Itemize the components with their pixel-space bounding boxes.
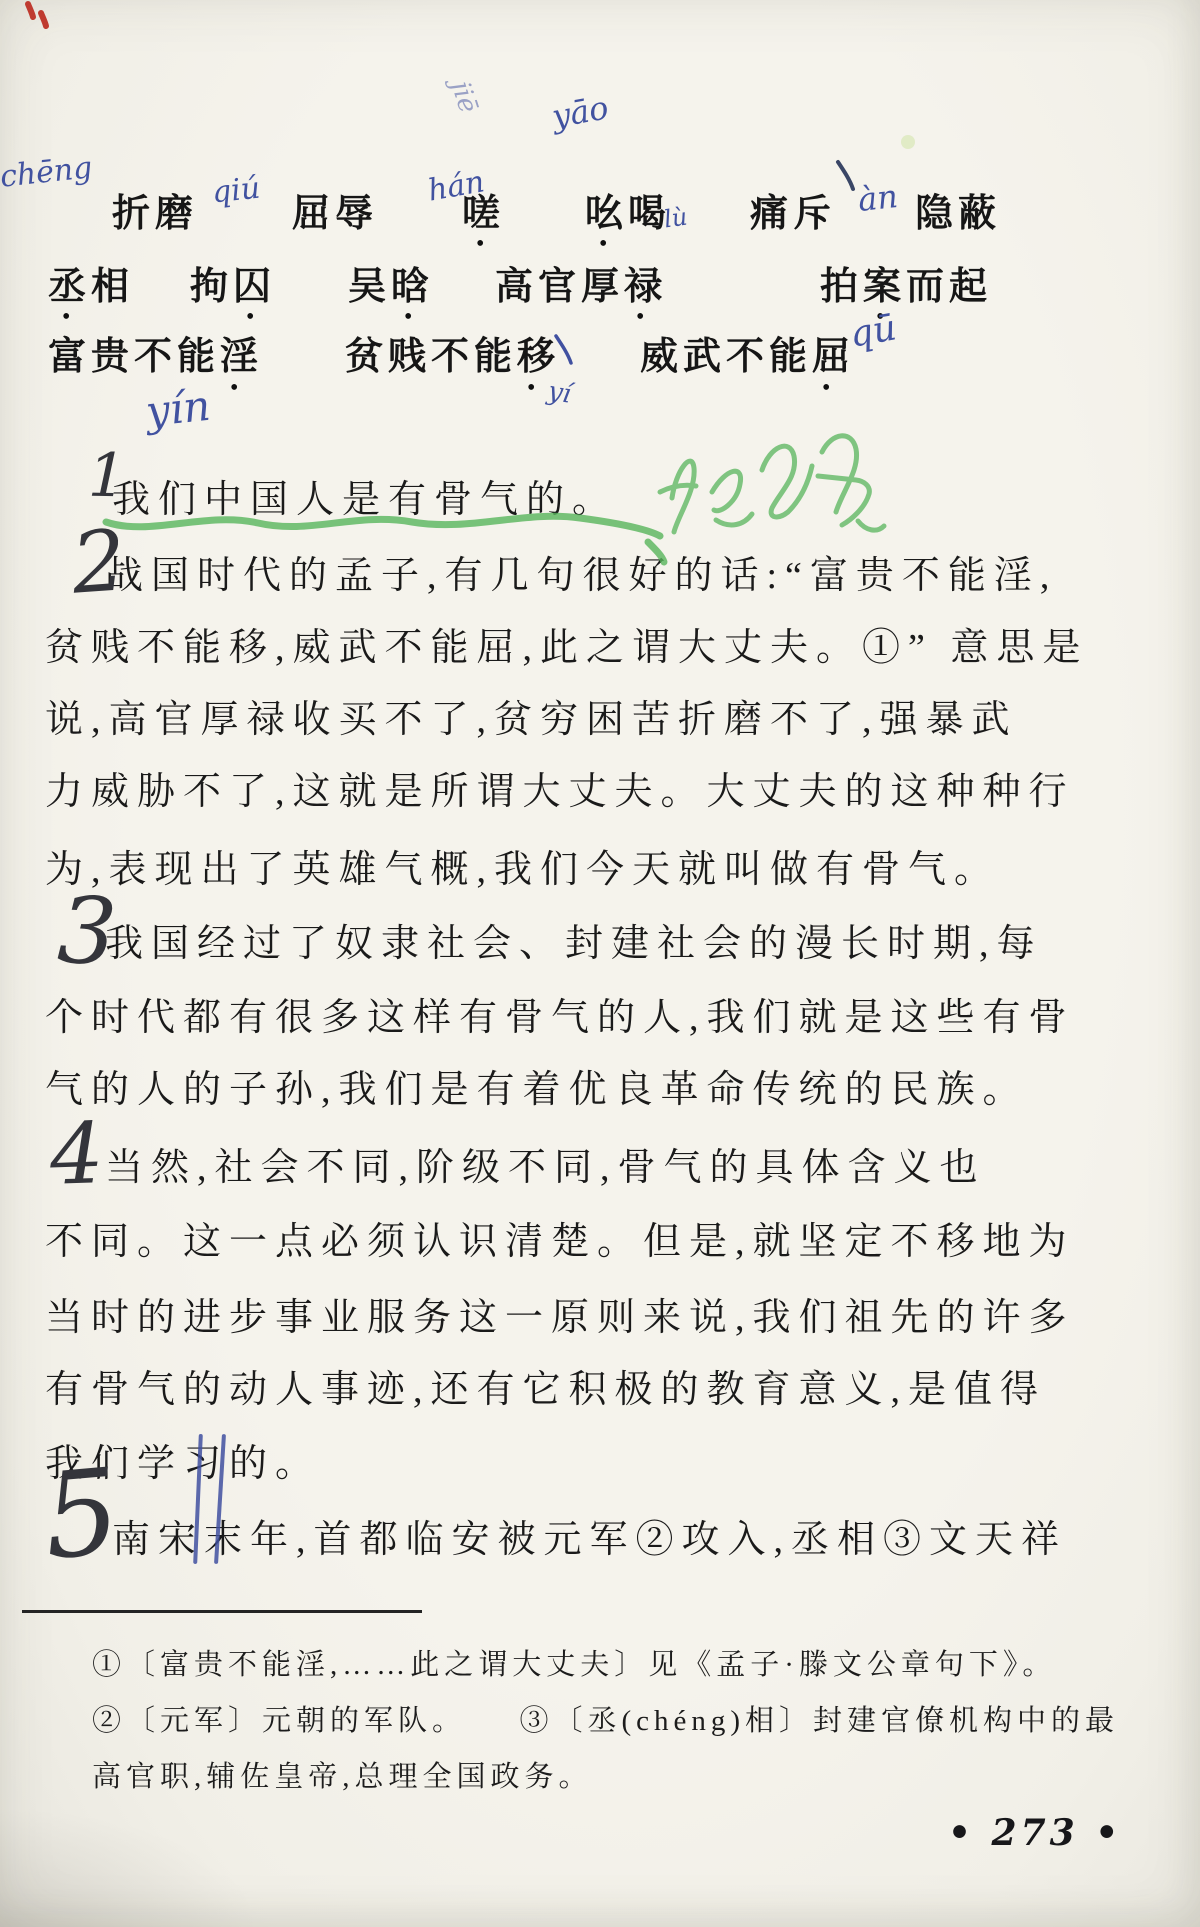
handwritten-pinyin-jie: jiē bbox=[447, 78, 482, 116]
paragraph-4-line: 当时的进步事业服务这一原则来说,我们祖先的许多 bbox=[45, 1286, 1075, 1341]
footnote-1: ①〔富贵不能淫,……此之谓大丈夫〕见《孟子·滕文公章句下》。 bbox=[92, 1642, 1056, 1683]
handwritten-pinyin-an: àn bbox=[856, 180, 899, 216]
emphasis-dot: • bbox=[599, 232, 607, 256]
emphasis-dot: • bbox=[527, 376, 535, 400]
textbook-page: 折磨 屈辱 嗟 吆喝 痛斥 隐蔽 • • 丞相 拘囚 吴晗 高官厚禄 拍案而起 … bbox=[0, 0, 1200, 1927]
paragraph-3-line: 气的人的子孙,我们是有着优良革命传统的民族。 bbox=[45, 1058, 1029, 1113]
vocab-word: 吴晗 bbox=[348, 255, 434, 310]
vocab-word: 高官厚禄 bbox=[495, 255, 667, 310]
vocab-word: 痛斥 bbox=[750, 182, 836, 237]
handwritten-number-4: 4 bbox=[49, 1111, 105, 1197]
vocab-word: 拘囚 bbox=[190, 255, 276, 310]
paper-stain bbox=[901, 135, 915, 149]
handwritten-number-1: 1 bbox=[87, 446, 126, 507]
vocab-word: 威武不能屈 bbox=[640, 325, 855, 380]
emphasis-dot: • bbox=[476, 232, 484, 256]
blue-bar bbox=[193, 1434, 203, 1564]
paragraph-2-line: 说,高官厚禄收买不了,贫穷困苦折磨不了,强暴武 bbox=[45, 688, 1018, 743]
page-number: • 273 • bbox=[948, 1812, 1122, 1854]
paragraph-3-line: 个时代都有很多这样有骨气的人,我们就是这些有骨 bbox=[45, 986, 1075, 1041]
footnote-divider bbox=[22, 1610, 422, 1613]
handwritten-pinyin-lu: lù bbox=[662, 205, 688, 232]
blue-double-bar-mark bbox=[194, 1434, 234, 1566]
vocab-word: 折磨 bbox=[112, 182, 198, 237]
red-corner-specks bbox=[28, 4, 46, 26]
paragraph-2-line: 战国时代的孟子,有几句很好的话:“富贵不能淫, bbox=[105, 544, 1057, 599]
handwritten-pinyin-cheng: chēng bbox=[0, 153, 94, 192]
handwritten-pinyin-yin: yín bbox=[144, 385, 212, 433]
paragraph-4-line: 不同。这一点必须认识清楚。但是,就坚定不移地为 bbox=[45, 1210, 1075, 1265]
emphasis-dot: • bbox=[822, 376, 830, 400]
vocab-word: 富贵不能淫 bbox=[48, 325, 263, 380]
handwritten-number-3: 3 bbox=[56, 885, 119, 980]
handwritten-number-5: 5 bbox=[39, 1452, 124, 1576]
handwritten-pinyin-yao: yāo bbox=[550, 91, 611, 132]
footnote-3-continued: 高官职,辅佐皇帝,总理全国政务。 bbox=[92, 1754, 593, 1795]
paragraph-5-line: 南宋末年,首都临安被元军②攻入,丞相③文天祥 bbox=[112, 1508, 1067, 1563]
paragraph-1-line: 我们中国人是有骨气的。 bbox=[112, 468, 618, 523]
vocab-word: 贫贱不能移 bbox=[345, 325, 560, 380]
paragraph-2-line: 力威胁不了,这就是所谓大丈夫。大丈夫的这种种行 bbox=[45, 760, 1075, 815]
handwritten-number-2: 2 bbox=[69, 518, 128, 606]
paragraph-4-line: 当然,社会不同,阶级不同,骨气的具体含义也 bbox=[105, 1136, 986, 1191]
paragraph-2-line: 为,表现出了英雄气概,我们今天就叫做有骨气。 bbox=[45, 838, 1000, 893]
vocab-word: 拍案而起 bbox=[820, 255, 992, 310]
green-scribble-annotation bbox=[660, 436, 884, 532]
handwritten-pinyin-yi: yí bbox=[546, 378, 573, 408]
footnote-2-3: ②〔元军〕元朝的军队。 ③〔丞(chéng)相〕封建官僚机构中的最 bbox=[92, 1698, 1119, 1739]
paragraph-3-line: 我国经过了奴隶社会、封建社会的漫长时期,每 bbox=[105, 912, 1043, 967]
vocab-word: 丞相 bbox=[48, 255, 134, 310]
vocab-word: 吆喝 bbox=[585, 182, 671, 237]
paragraph-2-line: 贫贱不能移,威武不能屈,此之谓大丈夫。①” 意思是 bbox=[45, 616, 1088, 671]
vocab-word: 隐蔽 bbox=[915, 182, 1001, 237]
handwritten-pinyin-qu: qū bbox=[847, 310, 899, 353]
blue-bar bbox=[214, 1434, 226, 1564]
paragraph-4-line: 有骨气的动人事迹,还有它积极的教育意义,是值得 bbox=[45, 1358, 1046, 1413]
vocab-word: 屈辱 bbox=[292, 182, 378, 237]
emphasis-dot: • bbox=[230, 376, 238, 400]
handwritten-pinyin-qiu: qiú bbox=[211, 174, 262, 209]
